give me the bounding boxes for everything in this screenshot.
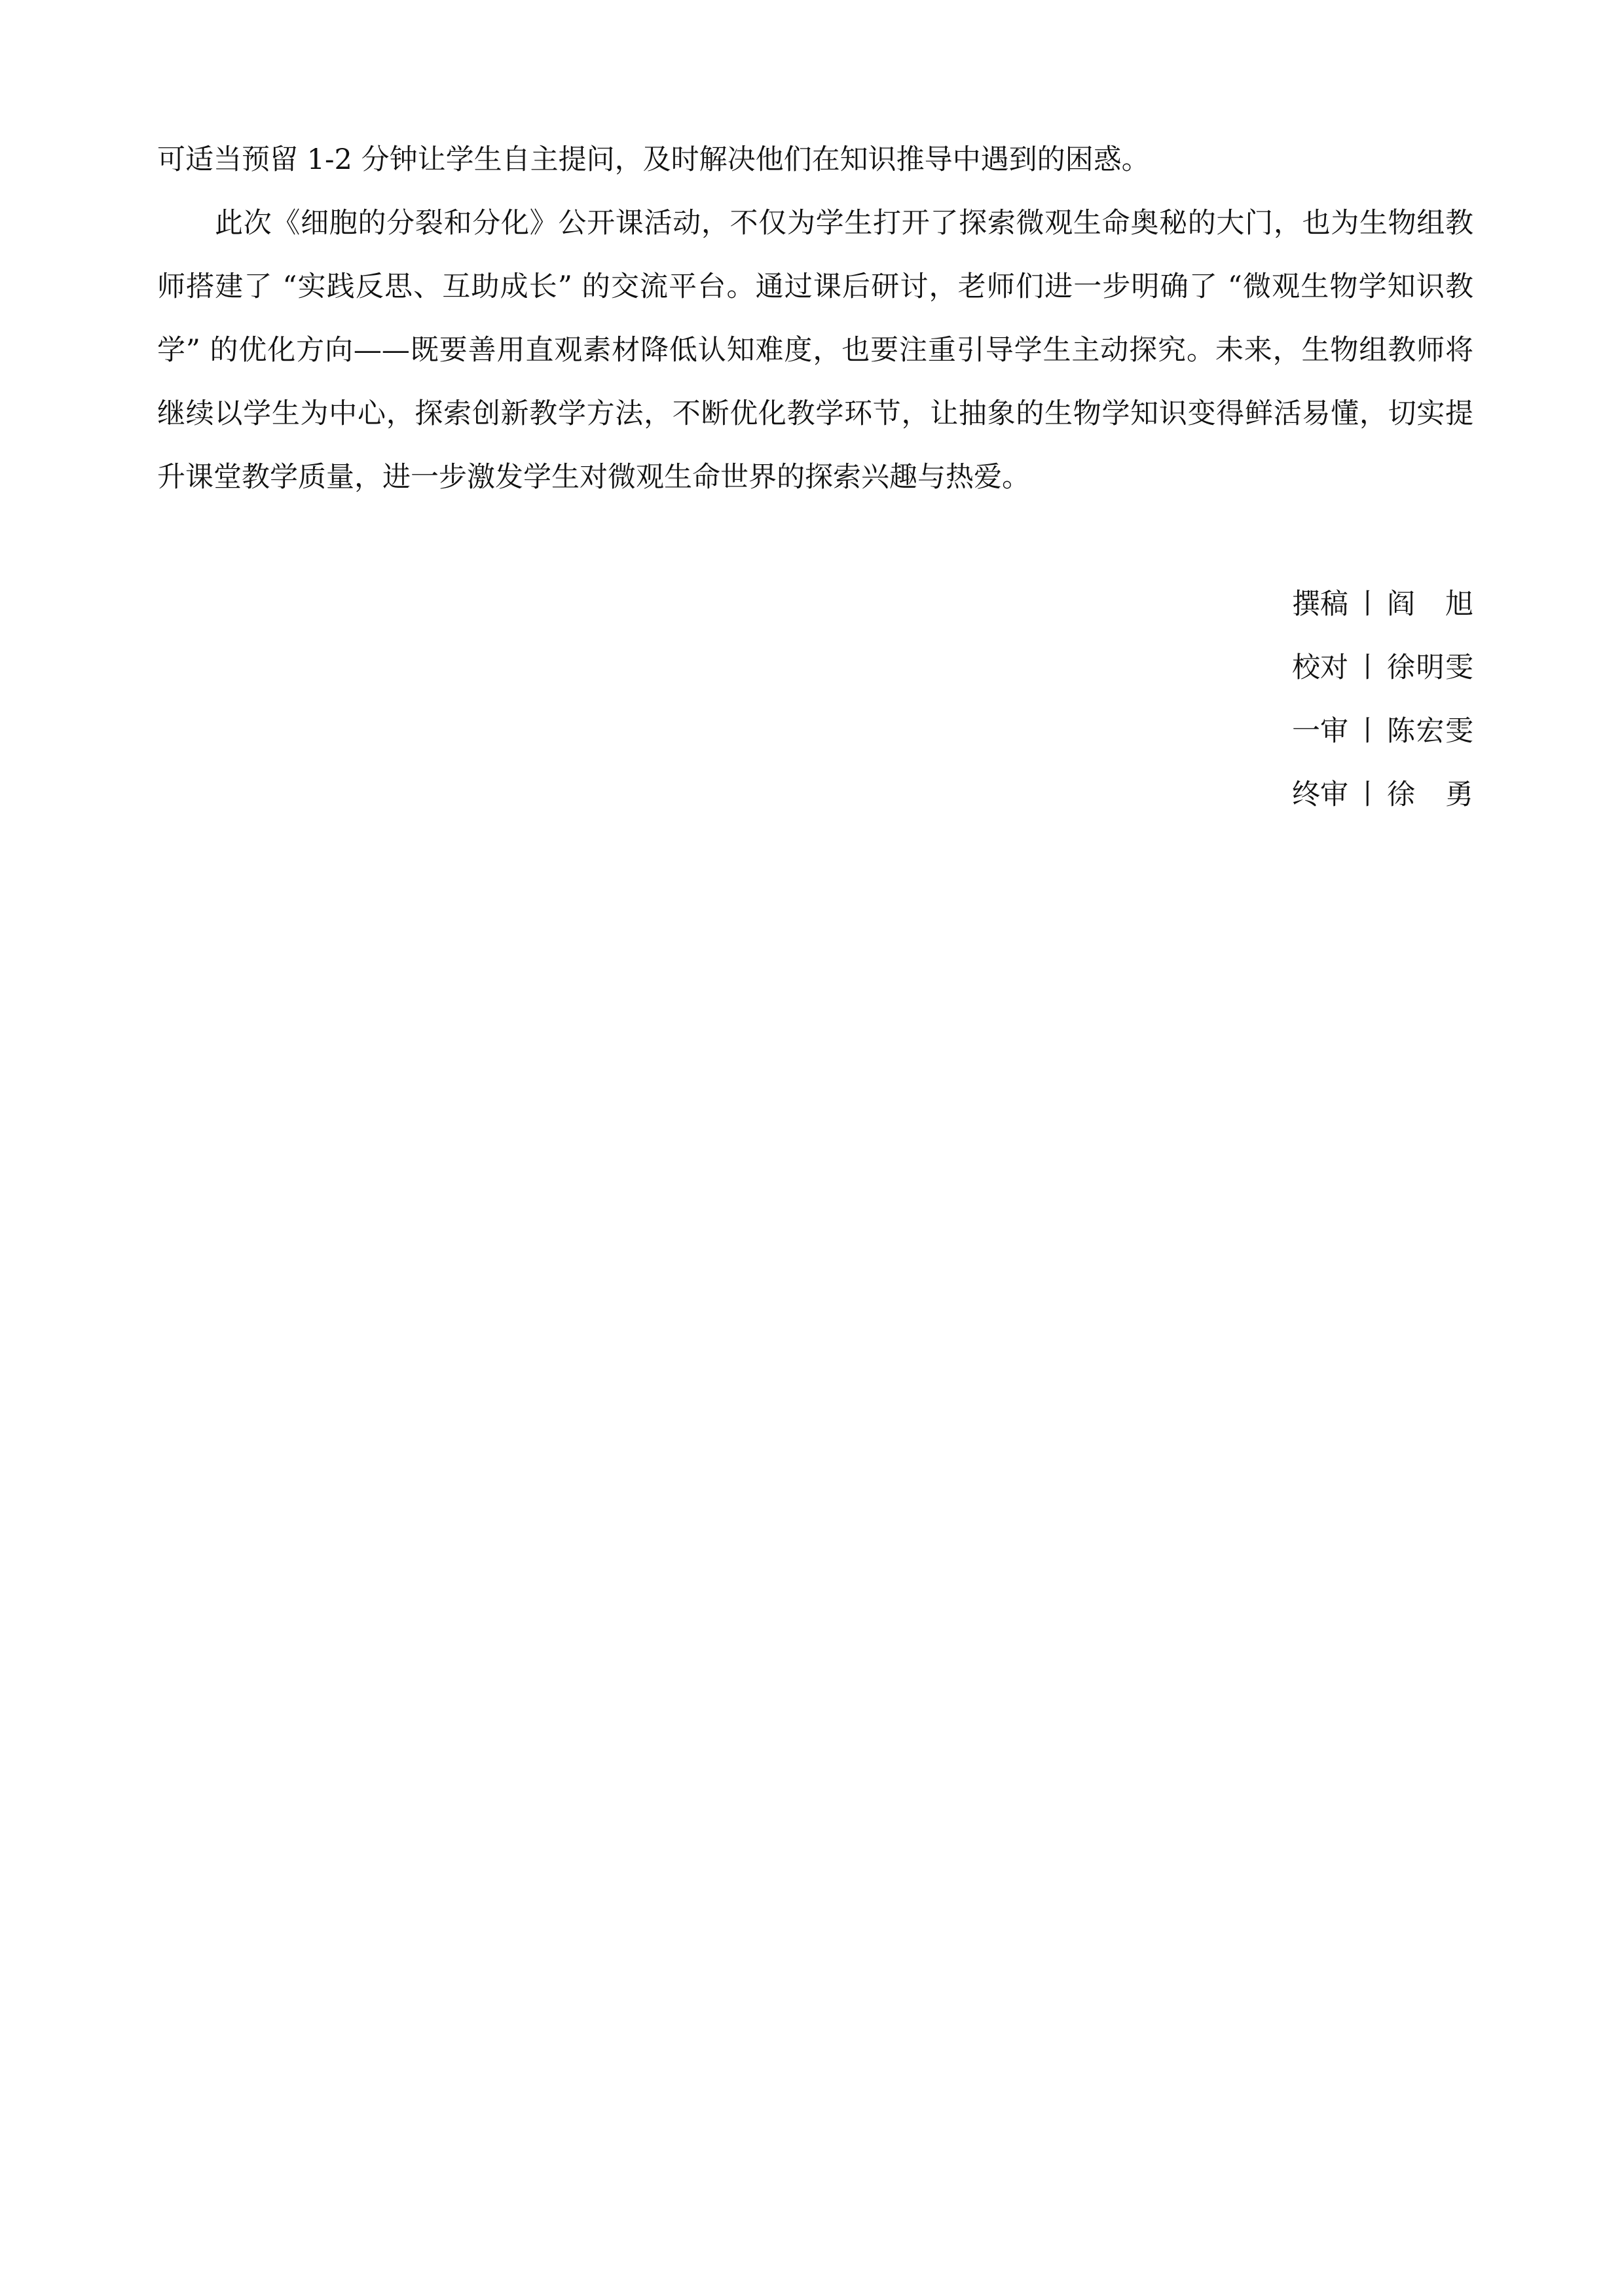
credit-author: 撰稿丨阎旭: [157, 509, 1473, 573]
credit-role-label: 一审: [1292, 700, 1348, 763]
paragraph-summary: 此次《细胞的分裂和分化》公开课活动，不仅为学生打开了探索微观生命奥秘的大门，也为…: [157, 192, 1473, 509]
credit-role-label: 终审: [1292, 763, 1348, 827]
credit-name: 徐勇: [1387, 763, 1473, 827]
credit-separator: 丨: [1354, 763, 1382, 827]
credit-separator: 丨: [1354, 636, 1382, 700]
credit-role-label: 校对: [1292, 636, 1348, 700]
credit-role-label: 撰稿: [1292, 573, 1348, 636]
credit-separator: 丨: [1354, 700, 1382, 763]
credit-separator: 丨: [1354, 573, 1382, 636]
credit-name: 阎旭: [1387, 573, 1473, 636]
credit-name: 徐明雯: [1387, 636, 1473, 700]
credits-block: 撰稿丨阎旭 校对丨徐明雯 一审丨陈宏雯 终审丨徐勇: [157, 509, 1473, 763]
document-page: 可适当预留 1-2 分钟让学生自主提问，及时解决他们在知识推导中遇到的困惑。 此…: [157, 128, 1473, 763]
credit-name: 陈宏雯: [1387, 700, 1473, 763]
paragraph-closing-tip: 可适当预留 1-2 分钟让学生自主提问，及时解决他们在知识推导中遇到的困惑。: [157, 128, 1473, 192]
